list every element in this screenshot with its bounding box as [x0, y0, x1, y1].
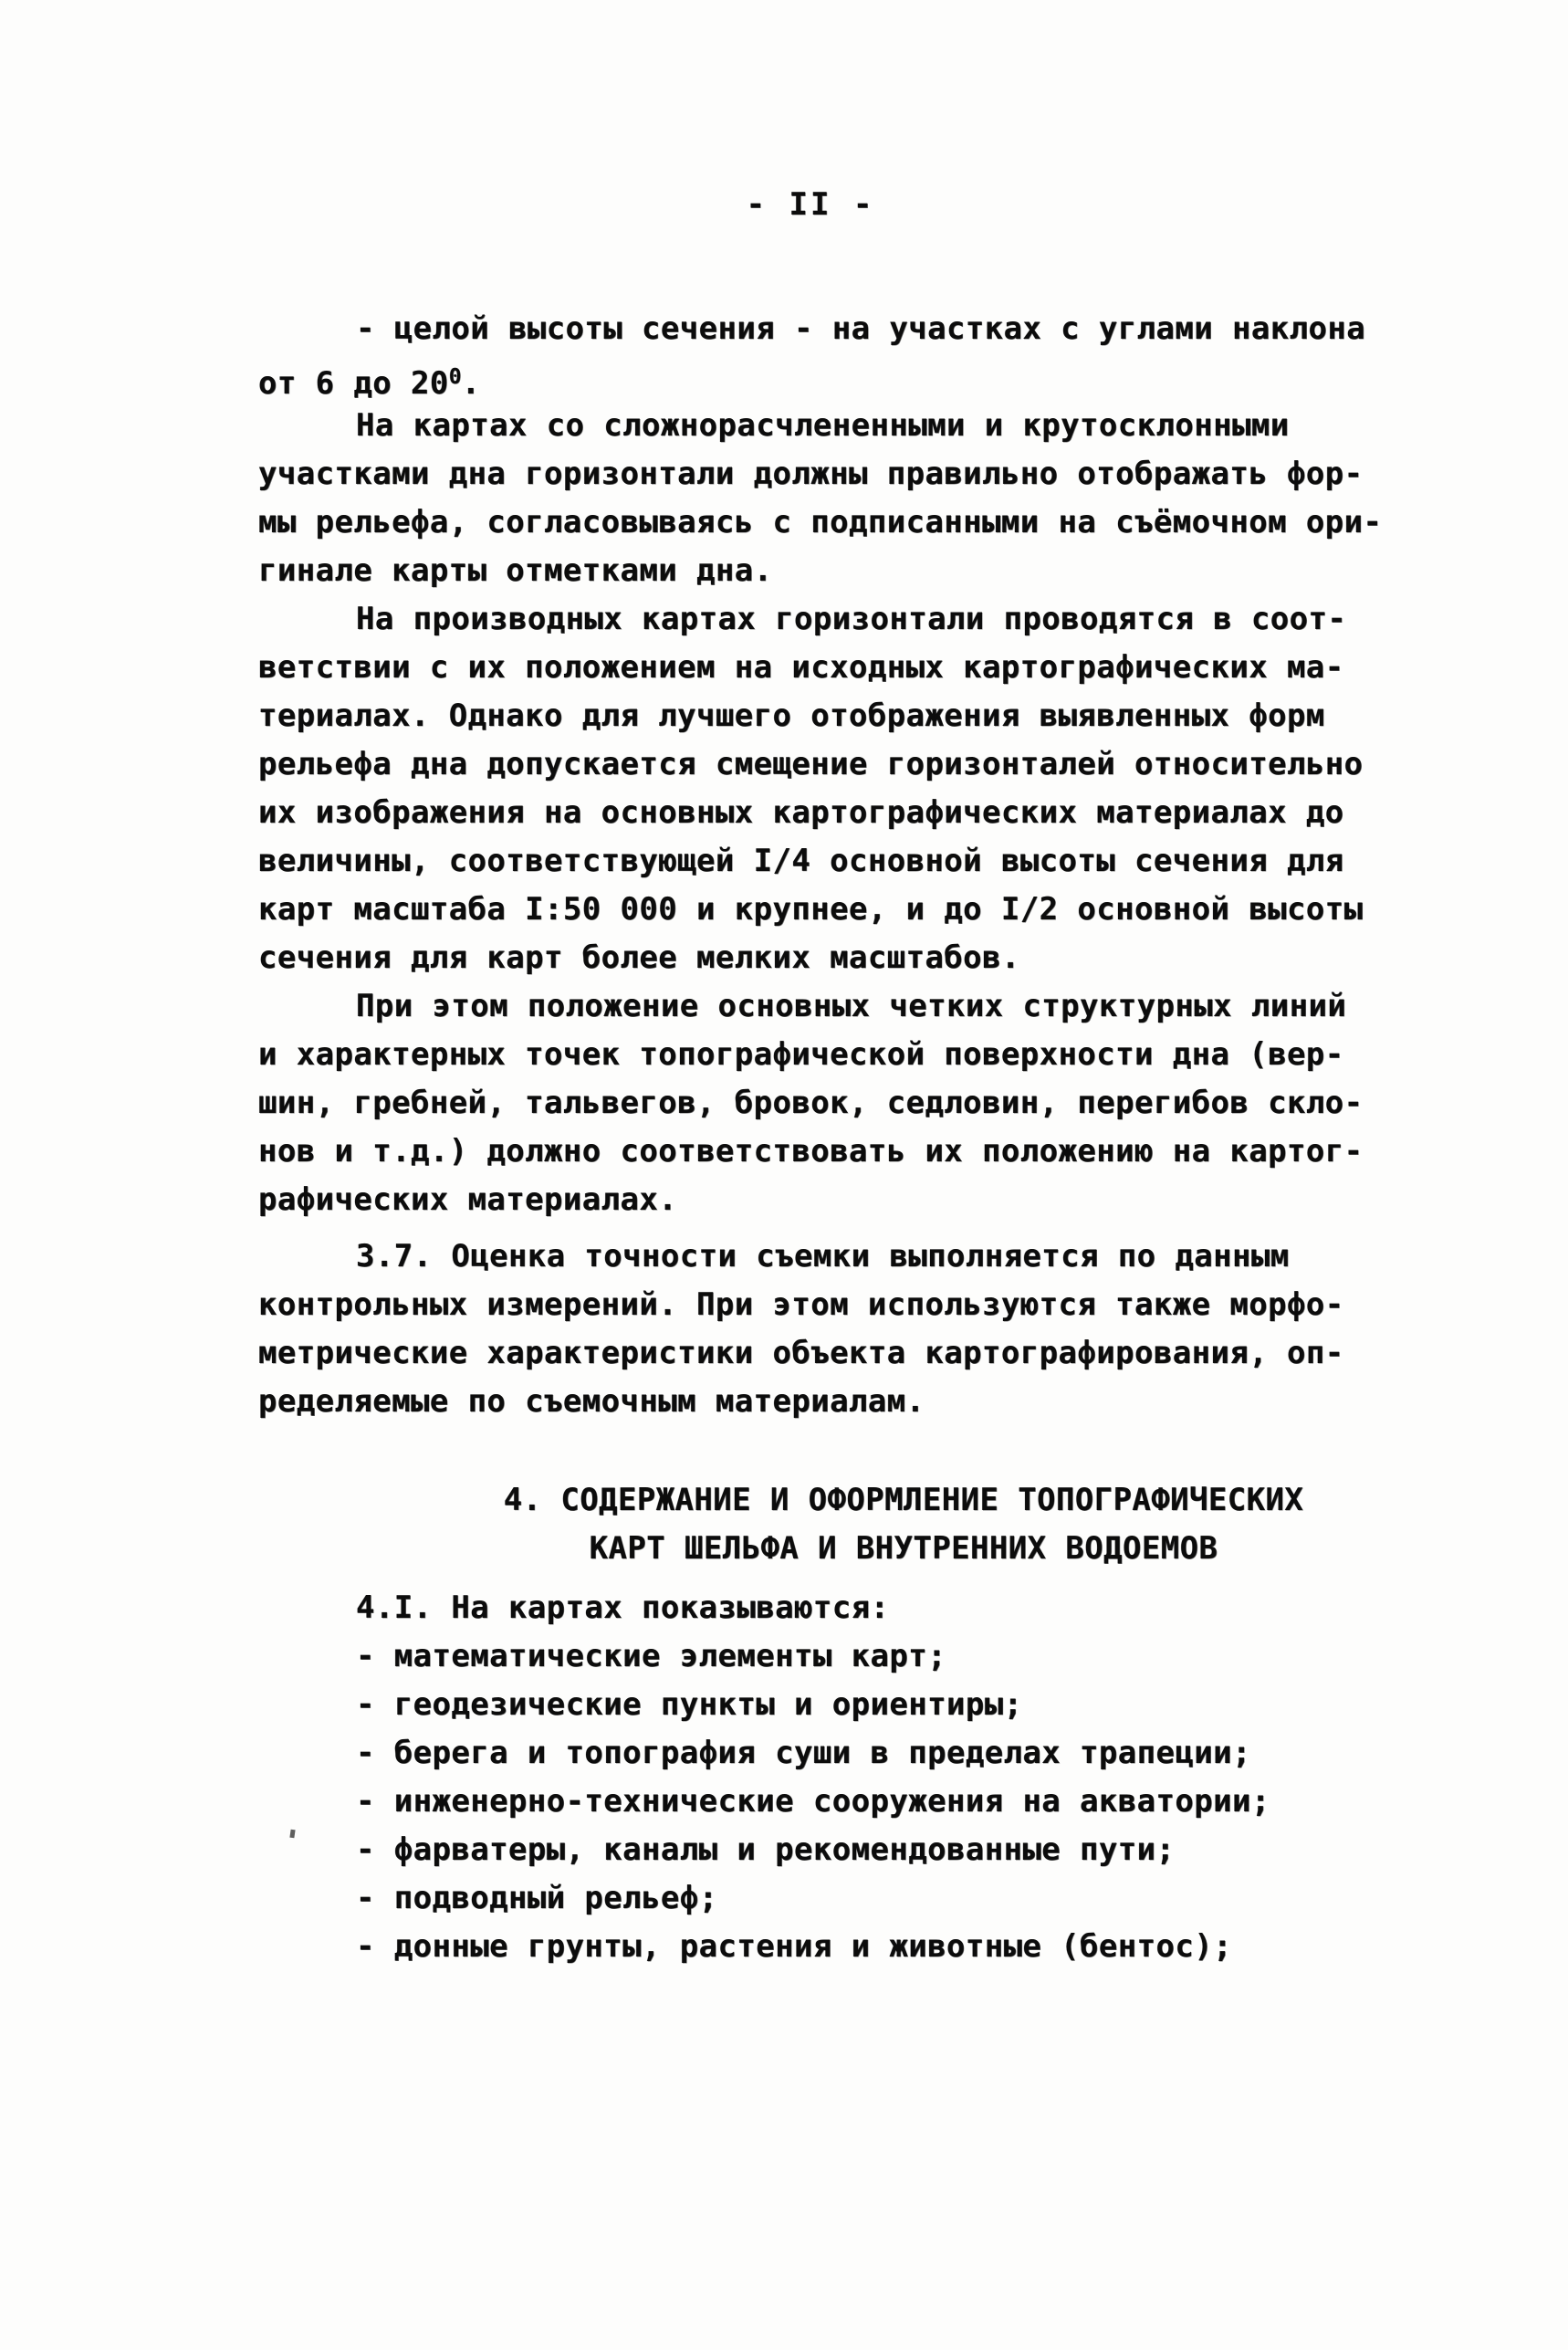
paragraph-line: контрольных измерений. При этом использу…	[258, 1281, 1536, 1329]
paragraph-line: При этом положение основных четких струк…	[258, 982, 1536, 1031]
superscript-degree: 0	[449, 365, 462, 389]
section-heading-line2: КАРТ ШЕЛЬФА И ВНУТРЕННИХ ВОДОЕМОВ	[351, 1525, 1456, 1573]
paragraph-line: рафических материалах.	[258, 1176, 1536, 1224]
paragraph-line: На производных картах горизонтали провод…	[258, 595, 1536, 644]
paragraph-line: мы рельефа, согласовываясь с подписанным…	[258, 498, 1536, 547]
paragraph-line: величины, соответствующей I/4 основной в…	[258, 837, 1536, 886]
paragraph-line: шин, гребней, тальвегов, бровок, седлови…	[258, 1079, 1536, 1128]
page-number: - II -	[258, 181, 1363, 229]
paragraph-line: участками дна горизонтали должны правиль…	[258, 450, 1536, 498]
scanned-document-page: - II - - целой высоты сечения - на участ…	[0, 0, 1568, 2350]
document-body: - целой высоты сечения - на участках с у…	[258, 305, 1536, 1971]
list-item: - берега и топография суши в пределах тр…	[258, 1729, 1536, 1778]
paragraph-line: карт масштаба I:50 000 и крупнее, и до I…	[258, 886, 1536, 934]
paragraph-line-3-7: 3.7. Оценка точности съемки выполняется …	[258, 1233, 1536, 1281]
paragraph-line: ветствии с их положением на исходных кар…	[258, 644, 1536, 692]
paragraph-line: сечения для карт более мелких масштабов.	[258, 934, 1536, 982]
paragraph-line: териалах. Однако для лучшего отображения…	[258, 692, 1536, 740]
list-item: - геодезические пункты и ориентиры;	[258, 1681, 1536, 1729]
line-text: .	[462, 365, 481, 402]
list-item: - математические элементы карт;	[258, 1632, 1536, 1681]
section-heading-line1: 4. СОДЕРЖАНИЕ И ОФОРМЛЕНИЕ ТОПОГРАФИЧЕСК…	[351, 1476, 1456, 1525]
line-text: от 6 до 20	[258, 365, 449, 402]
paragraph-line: нов и т.д.) должно соответствовать их по…	[258, 1128, 1536, 1176]
paragraph-line: ределяемые по съемочным материалам.	[258, 1378, 1536, 1426]
list-item: - инженерно-технические сооружения на ак…	[258, 1778, 1536, 1826]
list-item: - фарватеры, каналы и рекомендованные пу…	[258, 1826, 1536, 1874]
list-item: - подводный рельеф;	[258, 1874, 1536, 1923]
paragraph-line: На картах со сложнорасчлененными и круто…	[258, 402, 1536, 450]
list-intro: 4.I. На картах показываются:	[258, 1584, 1536, 1632]
paragraph-line: и характерных точек топографической пове…	[258, 1031, 1536, 1079]
paragraph-line: рельефа дна допускается смещение горизон…	[258, 740, 1536, 789]
paragraph-line: гинале карты отметками дна.	[258, 547, 1536, 595]
paragraph-line: от 6 до 200.	[258, 353, 1536, 402]
paragraph-line: их изображения на основных картографичес…	[258, 789, 1536, 837]
paragraph-line: метрические характеристики объекта карто…	[258, 1329, 1536, 1378]
list-item: - донные грунты, растения и животные (бе…	[258, 1923, 1536, 1971]
paragraph-line: - целой высоты сечения - на участках с у…	[258, 305, 1536, 353]
